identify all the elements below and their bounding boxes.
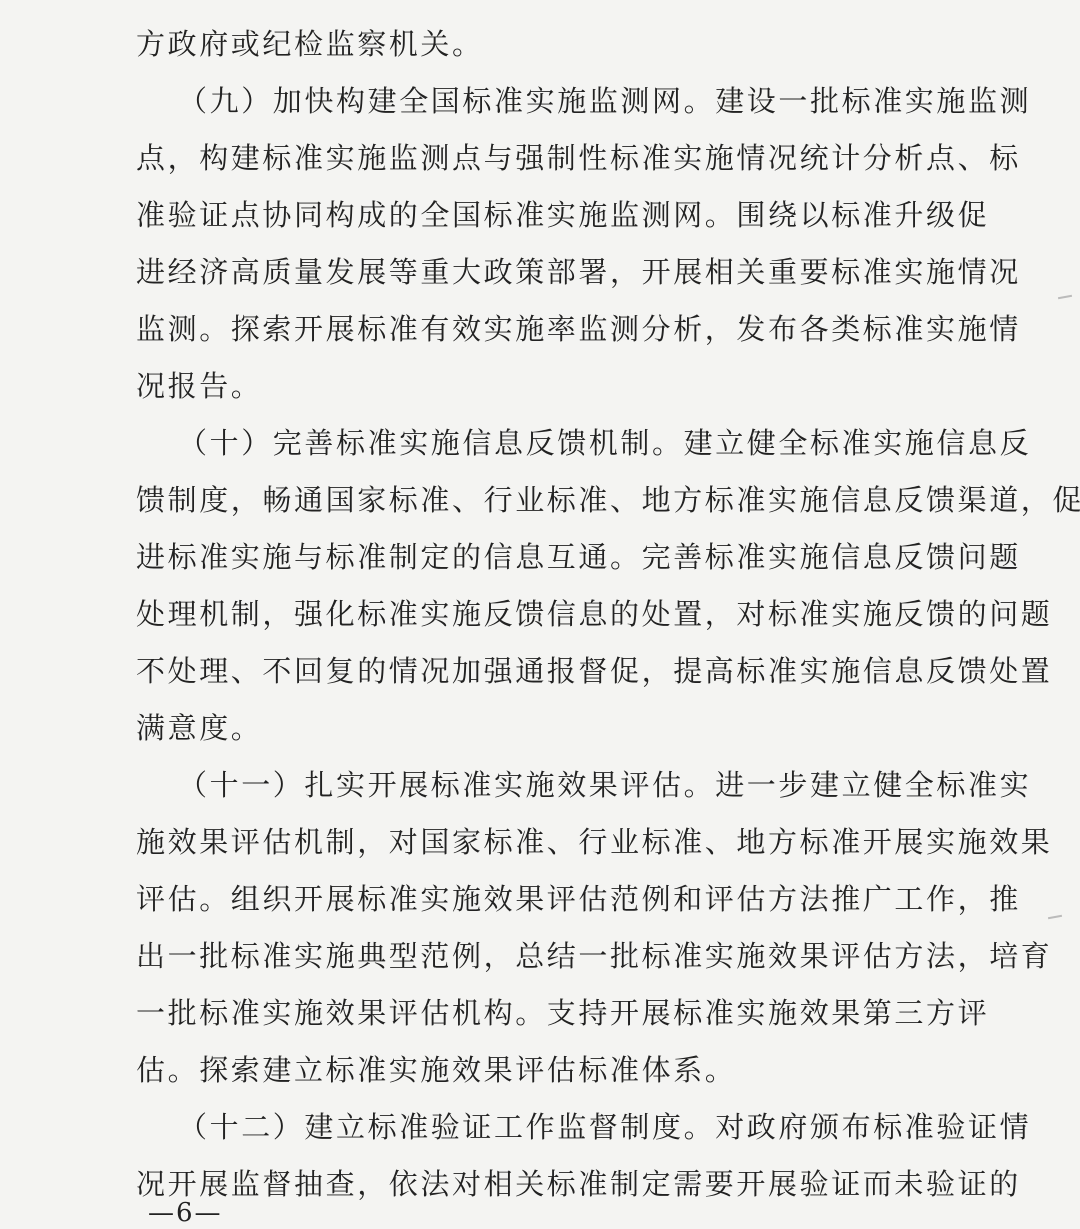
text-line: 监测。探索开展标准有效实施率监测分析，发布各类标准实施情 xyxy=(136,309,941,349)
text-line: 进标准实施与标准制定的信息互通。完善标准实施信息反馈问题 xyxy=(136,537,941,577)
text-line: （九）加快构建全国标准实施监测网。建设一批标准实施监测 xyxy=(178,81,941,121)
text-line: 况开展监督抽查，依法对相关标准制定需要开展验证而未验证的 xyxy=(136,1164,941,1204)
page-number: —6— xyxy=(148,1196,223,1229)
text-line: 估。探索建立标准实施效果评估标准体系。 xyxy=(136,1050,941,1090)
text-line: 施效果评估机制，对国家标准、行业标准、地方标准开展实施效果 xyxy=(136,822,941,862)
text-line: 进经济高质量发展等重大政策部署，开展相关重要标准实施情况 xyxy=(136,252,941,292)
text-line: 一批标准实施效果评估机构。支持开展标准实施效果第三方评 xyxy=(136,993,941,1033)
document-page: 方政府或纪检监察机关。（九）加快构建全国标准实施监测网。建设一批标准实施监测点，… xyxy=(0,0,1080,1229)
text-line: 不处理、不回复的情况加强通报督促，提高标准实施信息反馈处置 xyxy=(136,651,941,691)
text-line: （十二）建立标准验证工作监督制度。对政府颁布标准验证情 xyxy=(178,1107,941,1147)
text-line: 点，构建标准实施监测点与强制性标准实施情况统计分析点、标 xyxy=(136,138,941,178)
text-line: 处理机制，强化标准实施反馈信息的处置，对标准实施反馈的问题 xyxy=(136,594,941,634)
text-line: 馈制度，畅通国家标准、行业标准、地方标准实施信息反馈渠道，促 xyxy=(136,480,941,520)
text-line: 出一批标准实施典型范例，总结一批标准实施效果评估方法，培育 xyxy=(136,936,941,976)
text-line: （十一）扎实开展标准实施效果评估。进一步建立健全标准实 xyxy=(178,765,941,805)
text-line: 满意度。 xyxy=(136,708,941,748)
scan-speck xyxy=(1058,295,1072,299)
text-line: 评估。组织开展标准实施效果评估范例和评估方法推广工作，推 xyxy=(136,879,941,919)
text-line: 准验证点协同构成的全国标准实施监测网。围绕以标准升级促 xyxy=(136,195,941,235)
text-line: （十）完善标准实施信息反馈机制。建立健全标准实施信息反 xyxy=(178,423,941,463)
text-line: 方政府或纪检监察机关。 xyxy=(136,24,941,64)
scan-speck xyxy=(1048,915,1062,919)
text-line: 况报告。 xyxy=(136,366,941,406)
